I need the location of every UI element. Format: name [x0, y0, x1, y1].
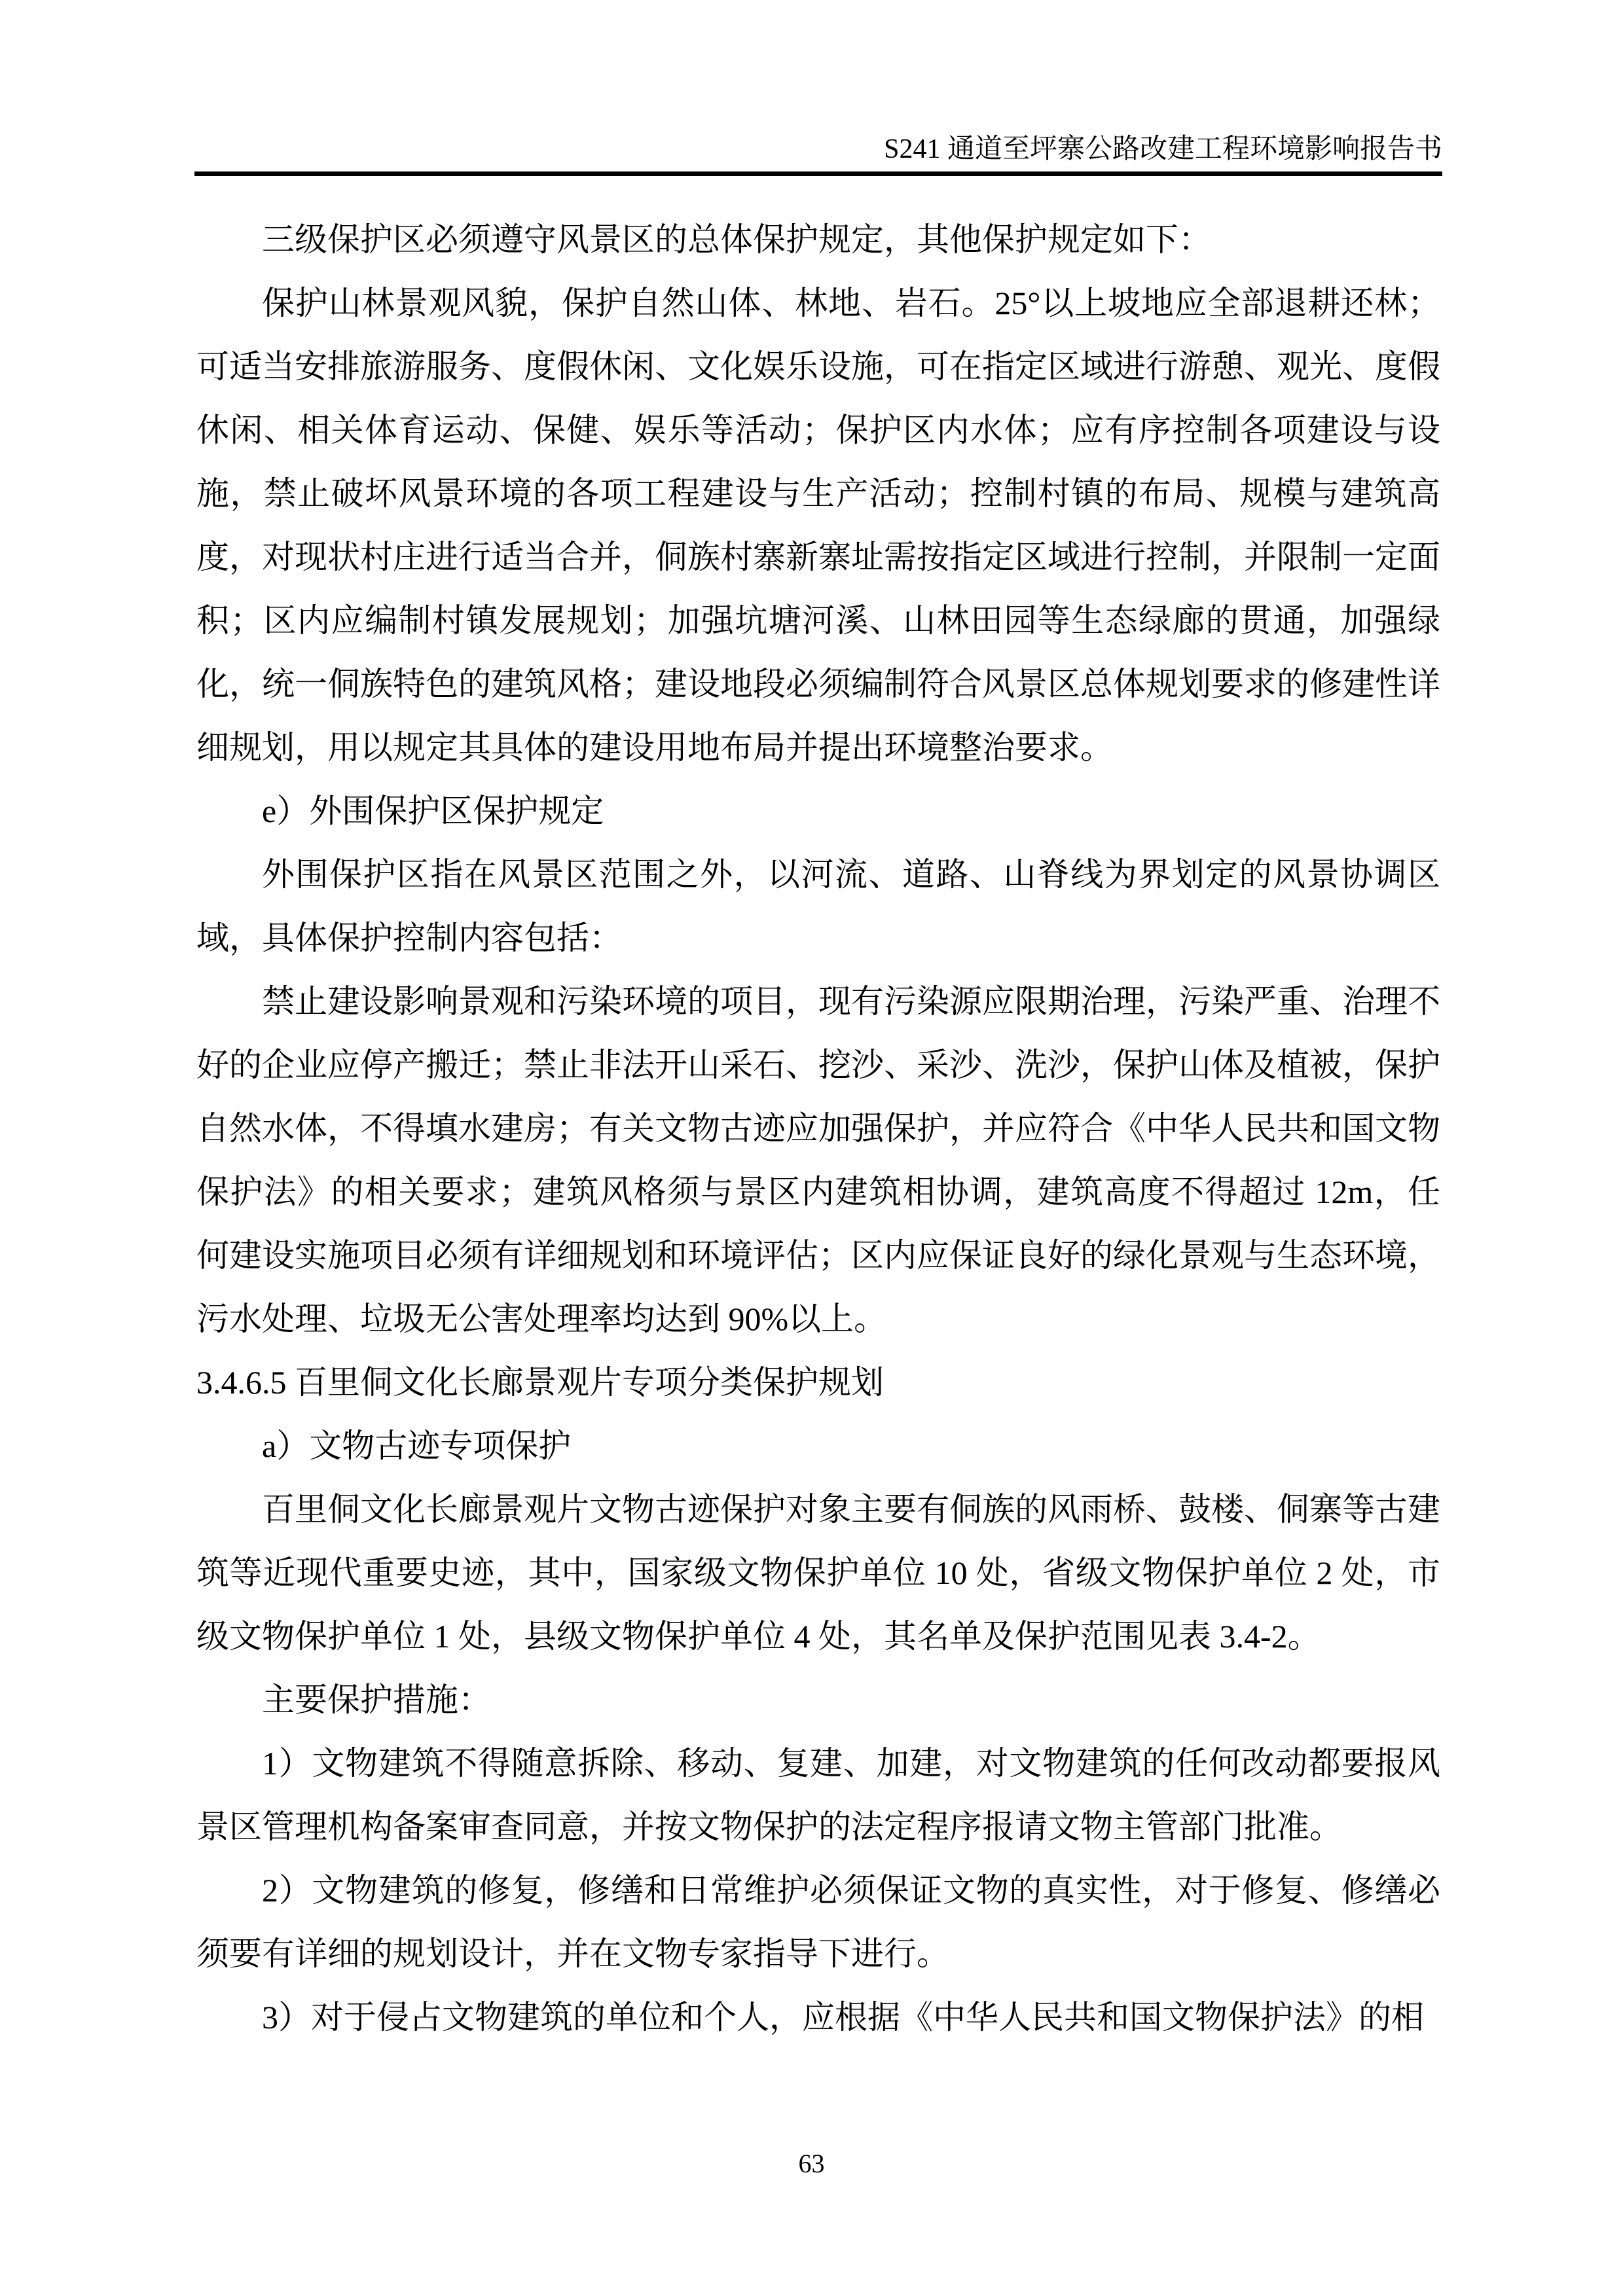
- paragraph: e）外围保护区保护规定: [196, 780, 1440, 843]
- paragraph: 三级保护区必须遵守风景区的总体保护规定，其他保护规定如下：: [196, 208, 1440, 272]
- header-title: S241 通道至坪寨公路改建工程环境影响报告书: [884, 134, 1442, 164]
- section-heading: 3.4.6.5 百里侗文化长廊景观片专项分类保护规划: [196, 1351, 1440, 1414]
- paragraph: 百里侗文化长廊景观片文物古迹保护对象主要有侗族的风雨桥、鼓楼、侗寨等古建筑等近现…: [196, 1478, 1440, 1668]
- paragraph: 主要保护措施：: [196, 1668, 1440, 1732]
- paragraph: 2）文物建筑的修复，修缮和日常维护必须保证文物的真实性，对于修复、修缮必须要有详…: [196, 1859, 1440, 1986]
- paragraph: a）文物古迹专项保护: [196, 1414, 1440, 1478]
- paragraph: 3）对于侵占文物建筑的单位和个人，应根据《中华人民共和国文物保护法》的相: [196, 1986, 1440, 2049]
- paragraph: 外围保护区指在风景区范围之外，以河流、道路、山脊线为界划定的风景协调区域，具体保…: [196, 843, 1440, 970]
- paragraph: 保护山林景观风貌，保护自然山体、林地、岩石。25°以上坡地应全部退耕还林；可适当…: [196, 272, 1440, 780]
- page-footer: 63: [0, 2149, 1623, 2179]
- document-page: S241 通道至坪寨公路改建工程环境影响报告书 三级保护区必须遵守风景区的总体保…: [0, 0, 1623, 2296]
- page-number: 63: [799, 2149, 825, 2178]
- page-header: S241 通道至坪寨公路改建工程环境影响报告书: [194, 133, 1442, 176]
- paragraph: 1）文物建筑不得随意拆除、移动、复建、加建，对文物建筑的任何改动都要报风景区管理…: [196, 1732, 1440, 1859]
- paragraph: 禁止建设影响景观和污染环境的项目，现有污染源应限期治理，污染严重、治理不好的企业…: [196, 970, 1440, 1351]
- document-body: 三级保护区必须遵守风景区的总体保护规定，其他保护规定如下：保护山林景观风貌，保护…: [196, 208, 1440, 2049]
